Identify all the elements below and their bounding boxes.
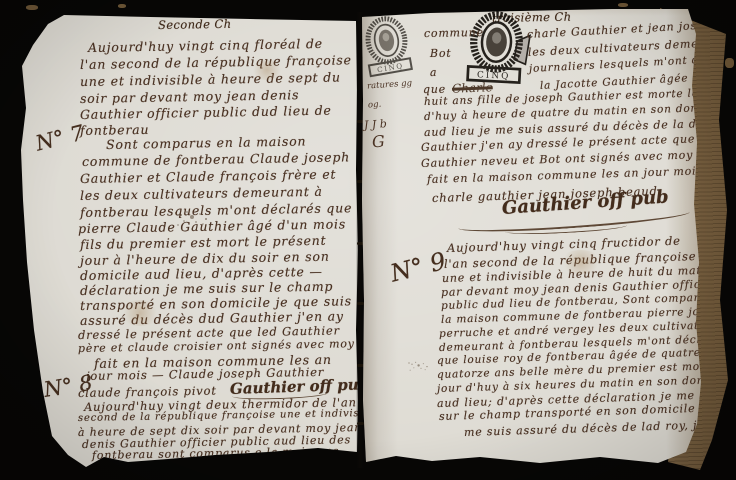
fiscal-stamp-icon: CINQ (357, 9, 419, 89)
manuscript-line: les deux cultivateurs demeurant à (80, 184, 323, 203)
margin-annotation: J J b (364, 117, 388, 132)
paper-debris (618, 3, 628, 7)
entry-number-9: N° 9 (388, 247, 449, 288)
page-header: Seconde Ch (158, 17, 232, 32)
paper-debris (118, 4, 126, 8)
manuscript-line: Aujourd'huy vingt cinq floréal de (88, 36, 323, 55)
ink-blot (175, 212, 177, 214)
binding-stitch (357, 364, 364, 367)
margin-word: que (423, 83, 446, 96)
binding-stitch (357, 302, 364, 305)
margin-paraph: G (371, 132, 385, 152)
margin-word: a (430, 66, 438, 79)
manuscript-line: une et indivisible à heure de sept du (80, 69, 341, 89)
entry-number-7: N° 7 (33, 121, 86, 156)
margin-word: Bot (430, 47, 452, 60)
manuscript-line: Sont comparus en la maison (106, 134, 307, 152)
manuscript-line: Gauthier et Claude françois frère et (80, 167, 337, 186)
foxing-stain (250, 60, 284, 80)
paper-debris (26, 5, 38, 10)
binding-stitch (357, 422, 364, 425)
margin-annotation: og. (368, 100, 382, 111)
foxing-stain (120, 300, 160, 326)
manuscript-scan: Seconde Ch Aujourd'huy vingt cinq floréa… (0, 0, 736, 480)
manuscript-line: Gauthier officier public dud lieu de (80, 103, 332, 122)
margin-word: commune (424, 26, 484, 40)
foxing-stain (560, 250, 602, 274)
binding-clasp (725, 58, 734, 68)
margin-annotation: ratures gg (367, 78, 413, 91)
ink-blot (408, 362, 409, 363)
